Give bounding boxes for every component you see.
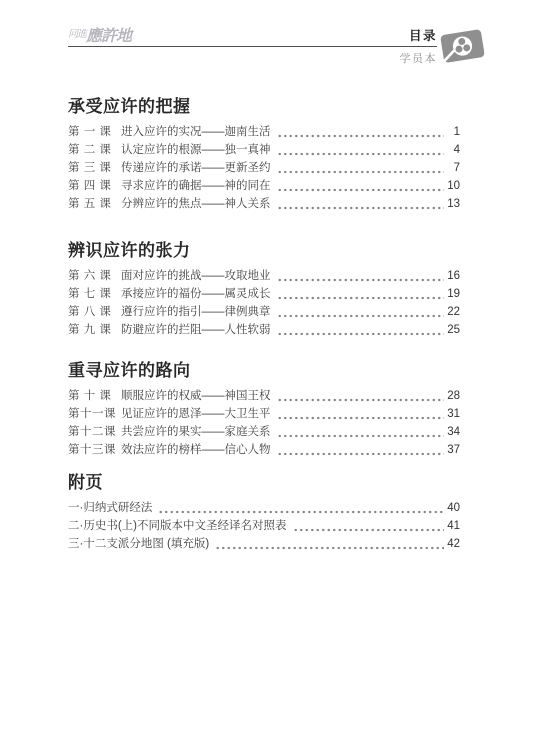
lesson-title: 见证应许的恩泽——大卫生平 bbox=[121, 405, 271, 423]
page-number: 28 bbox=[447, 387, 460, 405]
toc-entry: 第十一课 见证应许的恩泽——大卫生平 31 bbox=[68, 405, 460, 423]
toc-entry: 第 七 课 承接应许的福份——属灵成长 19 bbox=[68, 285, 460, 303]
dot-leader bbox=[277, 303, 445, 321]
page-number: 42 bbox=[447, 535, 460, 553]
section-heading: 重寻应许的路向 bbox=[68, 361, 460, 381]
page-header: 同進應許地 目录 学员本 bbox=[68, 24, 437, 66]
lesson-number: 第 六 课 bbox=[68, 267, 121, 285]
series-logo: 同進應許地 bbox=[68, 28, 131, 44]
page-title: 目录 bbox=[409, 30, 437, 44]
toc-entry: 三·十二支派分地图 (填充版) 42 bbox=[68, 535, 460, 553]
series-logo-text-small: 同進 bbox=[68, 29, 86, 40]
dot-leader bbox=[277, 141, 445, 159]
lesson-number: 第十三课 bbox=[68, 441, 121, 459]
page-number: 25 bbox=[447, 321, 460, 339]
lesson-title: 承接应许的福份——属灵成长 bbox=[121, 285, 271, 303]
toc-section-1: 承受应许的把握 第 一 课 进入应许的实况——迦南生活 1 第 二 课 认定应许… bbox=[68, 97, 460, 213]
toc-entry: 第 四 课 寻求应许的确据——神的同在 10 bbox=[68, 177, 460, 195]
dot-leader bbox=[158, 499, 444, 517]
lesson-title: 效法应许的榜样——信心人物 bbox=[121, 441, 271, 459]
lesson-number: 第 九 课 bbox=[68, 321, 121, 339]
toc-entry: 第十二课 共尝应许的果实——家庭关系 34 bbox=[68, 423, 460, 441]
dot-leader bbox=[277, 441, 445, 459]
lesson-title: 寻求应许的确据——神的同在 bbox=[121, 177, 271, 195]
dot-leader bbox=[277, 177, 445, 195]
lesson-title: 传递应许的承诺——更新圣约 bbox=[121, 159, 271, 177]
toc-entry: 第 六 课 面对应许的挑战——攻取地业 16 bbox=[68, 267, 460, 285]
edition-label: 学员本 bbox=[68, 50, 437, 66]
lesson-title: 进入应许的实况——迦南生活 bbox=[121, 123, 271, 141]
dot-leader bbox=[277, 405, 445, 423]
lesson-title: 面对应许的挑战——攻取地业 bbox=[121, 267, 271, 285]
lesson-number: 第 四 课 bbox=[68, 177, 121, 195]
page-number: 22 bbox=[447, 303, 460, 321]
toc-entry: 第 二 课 认定应许的根源——独一真神 4 bbox=[68, 141, 460, 159]
dot-leader bbox=[293, 517, 445, 535]
toc-section-3: 重寻应许的路向 第 十 课 顺服应许的权威——神国王权 28 第十一课 见证应许… bbox=[68, 361, 460, 459]
lesson-title: 遵行应许的指引——律例典章 bbox=[121, 303, 271, 321]
page-number: 40 bbox=[447, 499, 460, 517]
dot-leader bbox=[277, 267, 445, 285]
page-number: 7 bbox=[447, 159, 460, 177]
lesson-title: 分辨应许的焦点——神人关系 bbox=[121, 195, 271, 213]
lesson-number: 第 二 课 bbox=[68, 141, 121, 159]
dot-leader bbox=[277, 321, 445, 339]
table-of-contents: 承受应许的把握 第 一 课 进入应许的实况——迦南生活 1 第 二 课 认定应许… bbox=[68, 97, 460, 553]
series-logo-text-large: 應許地 bbox=[86, 26, 131, 45]
toc-entry: 第 三 课 传递应许的承诺——更新圣约 7 bbox=[68, 159, 460, 177]
page-number: 34 bbox=[447, 423, 460, 441]
page-number: 19 bbox=[447, 285, 460, 303]
toc-entry: 一·归纳式研经法 40 bbox=[68, 499, 460, 517]
lesson-number: 第 七 课 bbox=[68, 285, 121, 303]
page-number: 37 bbox=[447, 441, 460, 459]
lesson-number: 第 五 课 bbox=[68, 195, 121, 213]
toc-entry: 第 一 课 进入应许的实况——迦南生活 1 bbox=[68, 123, 460, 141]
lesson-title: 共尝应许的果实——家庭关系 bbox=[121, 423, 271, 441]
dot-leader bbox=[277, 123, 445, 141]
page-number: 10 bbox=[447, 177, 460, 195]
lesson-number: 第十一课 bbox=[68, 405, 121, 423]
dot-leader bbox=[277, 423, 445, 441]
header-rule: 同進應許地 目录 bbox=[68, 24, 437, 47]
toc-page: 同進應許地 目录 学员本 承受应许的把握 第 一 课 进入应许的实况——迦南生活… bbox=[0, 0, 533, 736]
publisher-logo-icon bbox=[439, 25, 487, 67]
toc-entry: 第 九 课 防避应许的拦阻——人性软弱 25 bbox=[68, 321, 460, 339]
lesson-title: 顺服应许的权威——神国王权 bbox=[121, 387, 271, 405]
toc-section-appendix: 附页 一·归纳式研经法 40 二·历史书(上)不同版本中文圣经译名对照表 41 … bbox=[68, 473, 460, 553]
page-number: 13 bbox=[447, 195, 460, 213]
toc-section-2: 辨识应许的张力 第 六 课 面对应许的挑战——攻取地业 16 第 七 课 承接应… bbox=[68, 241, 460, 339]
page-number: 41 bbox=[447, 517, 460, 535]
page-number: 1 bbox=[447, 123, 460, 141]
lesson-number: 第 一 课 bbox=[68, 123, 121, 141]
dot-leader bbox=[277, 195, 445, 213]
appendix-title: 一·归纳式研经法 bbox=[68, 499, 152, 517]
lesson-number: 第 十 课 bbox=[68, 387, 121, 405]
page-number: 31 bbox=[447, 405, 460, 423]
lesson-title: 认定应许的根源——独一真神 bbox=[121, 141, 271, 159]
lesson-number: 第 八 课 bbox=[68, 303, 121, 321]
section-heading: 承受应许的把握 bbox=[68, 97, 460, 117]
section-heading: 辨识应许的张力 bbox=[68, 241, 460, 261]
page-number: 4 bbox=[447, 141, 460, 159]
lesson-title: 防避应许的拦阻——人性软弱 bbox=[121, 321, 271, 339]
toc-entry: 二·历史书(上)不同版本中文圣经译名对照表 41 bbox=[68, 517, 460, 535]
toc-entry: 第 五 课 分辨应许的焦点——神人关系 13 bbox=[68, 195, 460, 213]
appendix-title: 二·历史书(上)不同版本中文圣经译名对照表 bbox=[68, 517, 287, 535]
appendix-title: 三·十二支派分地图 (填充版) bbox=[68, 535, 209, 553]
dot-leader bbox=[277, 285, 445, 303]
dot-leader bbox=[277, 159, 445, 177]
dot-leader bbox=[215, 535, 444, 553]
toc-entry: 第十三课 效法应许的榜样——信心人物 37 bbox=[68, 441, 460, 459]
dot-leader bbox=[277, 387, 445, 405]
section-heading: 附页 bbox=[68, 473, 460, 493]
lesson-number: 第十二课 bbox=[68, 423, 121, 441]
lesson-number: 第 三 课 bbox=[68, 159, 121, 177]
toc-entry: 第 十 课 顺服应许的权威——神国王权 28 bbox=[68, 387, 460, 405]
page-number: 16 bbox=[447, 267, 460, 285]
toc-entry: 第 八 课 遵行应许的指引——律例典章 22 bbox=[68, 303, 460, 321]
